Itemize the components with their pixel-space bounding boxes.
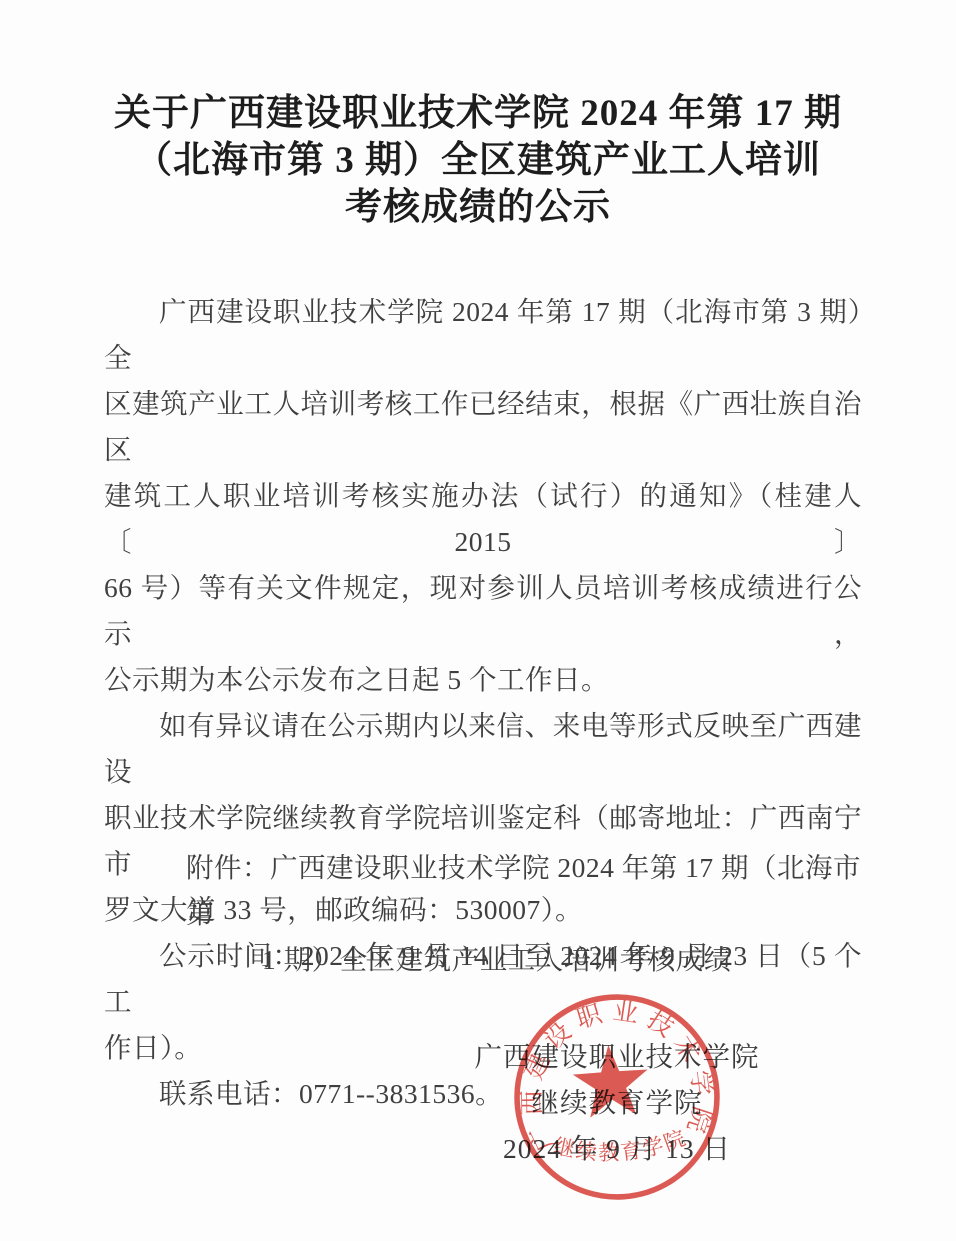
title-line-1: 关于广西建设职业技术学院 2024 年第 17 期 — [78, 90, 878, 137]
title-line-2: （北海市第 3 期）全区建筑产业工人培训 — [78, 137, 878, 184]
svg-text:继续教育学院: 继续教育学院 — [550, 1125, 692, 1170]
document-title: 关于广西建设职业技术学院 2024 年第 17 期 （北海市第 3 期）全区建筑… — [78, 90, 878, 231]
body-line: 公示期为本公示发布之日起 5 个工作日。 — [104, 657, 862, 703]
body-line: 如有异议请在公示期内以来信、来电等形式反映至广西建设 — [104, 703, 862, 795]
seal-bottom-text: 继续教育学院 — [550, 1125, 692, 1170]
body-line: 区建筑产业工人培训考核工作已经结束，根据《广西壮族自治区 — [104, 381, 862, 473]
body-line: 建筑工人职业培训考核实施办法（试行）的通知》（桂建人〔2015〕 — [104, 473, 862, 565]
seal-star — [571, 1042, 651, 1118]
attachment-section: 附件：广西建设职业技术学院 2024 年第 17 期（北海市第 1 期）全区建筑… — [104, 845, 862, 983]
body-line: 66 号）等有关文件规定，现对参训人员培训考核成绩进行公示， — [104, 565, 862, 657]
attachment-line: 附件：广西建设职业技术学院 2024 年第 17 期（北海市第 — [104, 845, 862, 937]
title-line-3: 考核成绩的公示 — [78, 184, 878, 231]
document-page: 关于广西建设职业技术学院 2024 年第 17 期 （北海市第 3 期）全区建筑… — [0, 0, 956, 1241]
body-line: 广西建设职业技术学院 2024 年第 17 期（北海市第 3 期）全 — [104, 289, 862, 381]
official-seal: 广西建设职业技术学院 继续教育学院 — [504, 984, 730, 1210]
document-body: 广西建设职业技术学院 2024 年第 17 期（北海市第 3 期）全 区建筑产业… — [104, 289, 862, 1117]
attachment-line: 1 期）全区建筑产业工人培训考核成绩 — [104, 937, 862, 983]
